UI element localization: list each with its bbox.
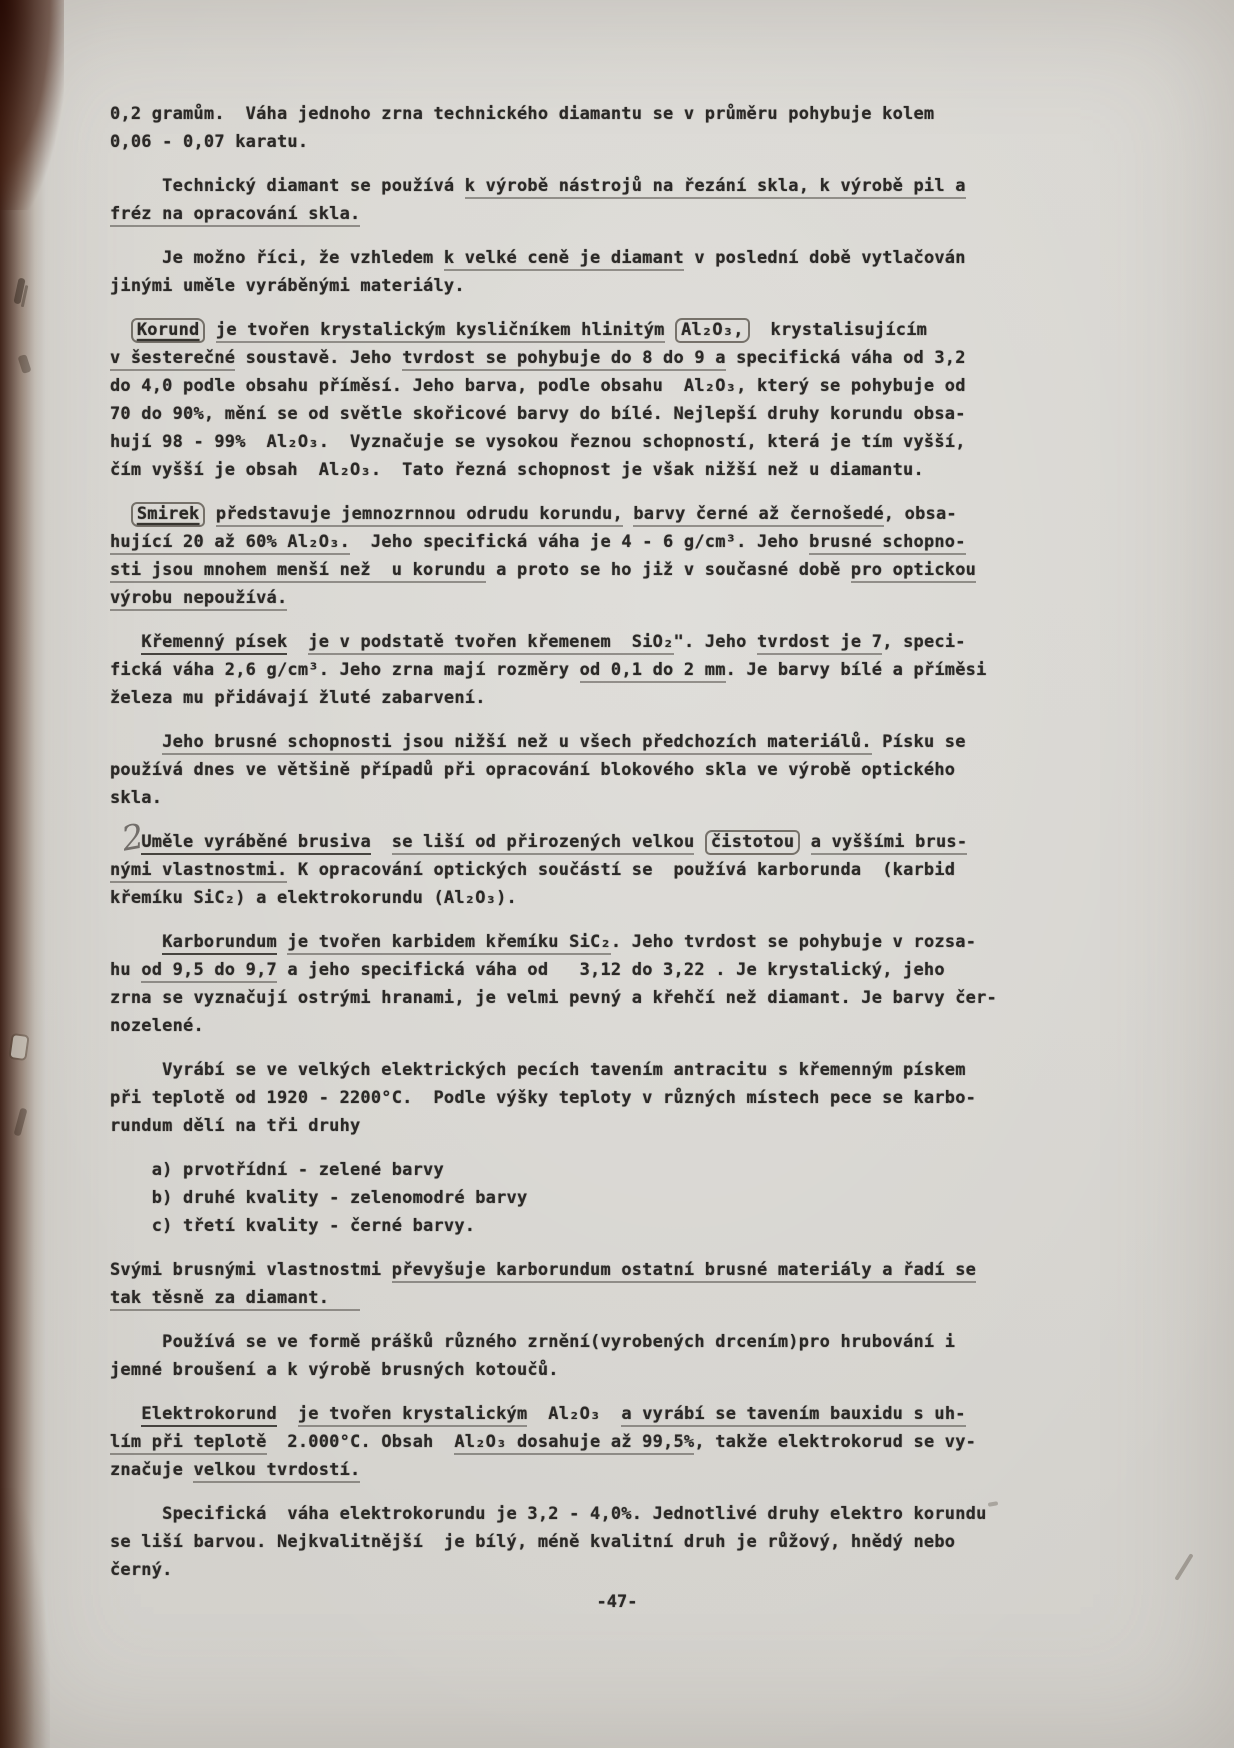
text-line: černý. xyxy=(110,1556,1010,1584)
document-page: 0,2 gramům. Váha jednoho zrna technickéh… xyxy=(0,0,1234,1748)
text-line: Elektrokorund je tvořen krystalickým Al₂… xyxy=(110,1400,1010,1428)
text-line: Křemenný písek je v podstatě tvořen křem… xyxy=(110,628,1010,656)
text-line: Uměle vyráběné brusiva se liší od přiroz… xyxy=(110,828,1010,856)
text-line: Karborundum je tvořen karbidem křemíku S… xyxy=(110,928,1010,956)
text-line: zrna se vyznačují ostrými hranami, je ve… xyxy=(110,984,1010,1012)
text-line: jinými uměle vyráběnými materiály. xyxy=(110,272,1010,300)
text-line: výrobu nepoužívá. xyxy=(110,584,1010,612)
text-line: hují 98 - 99% Al₂O₃. Vyznačuje se vysoko… xyxy=(110,428,1010,456)
text-line: lím při teplotě 2.000°C. Obsah Al₂O₃ dos… xyxy=(110,1428,1010,1456)
text-line: Vyrábí se ve velkých elektrických pecích… xyxy=(110,1056,1010,1084)
text-line: nými vlastnostmi. K opracování optických… xyxy=(110,856,1010,884)
text-line: a) prvotřídní - zelené barvy xyxy=(110,1156,1010,1184)
text-line: Svými brusnými vlastnostmi převyšuje kar… xyxy=(110,1256,1010,1284)
text-line: jemné broušení a k výrobě brusných kotou… xyxy=(110,1356,1010,1384)
text-line: značuje velkou tvrdostí. xyxy=(110,1456,1010,1484)
scan-corner-shadow-top xyxy=(0,0,64,210)
text-line: b) druhé kvality - zelenomodré barvy xyxy=(110,1184,1010,1212)
text-line: Smirek představuje jemnozrnnou odrudu ko… xyxy=(110,500,1010,528)
text-line: Korund je tvořen krystalickým kysličníke… xyxy=(110,316,1010,344)
text-line: v šesterečné soustavě. Jeho tvrdost se p… xyxy=(110,344,1010,372)
text-line: při teplotě od 1920 - 2200°C. Podle výšk… xyxy=(110,1084,1010,1112)
text-line: Je možno říci, že vzhledem k velké ceně … xyxy=(110,244,1010,272)
text-line: používá dnes ve většině případů při opra… xyxy=(110,756,1010,784)
text-line: 0,06 - 0,07 karatu. xyxy=(110,128,1010,156)
text-line: 70 do 90%, mění se od světle skořicové b… xyxy=(110,400,1010,428)
text-line: Jeho brusné schopnosti jsou nižší než u … xyxy=(110,728,1010,756)
page-number: -47- xyxy=(0,1592,1234,1612)
text-line: Používá se ve formě prášků různého zrněn… xyxy=(110,1328,1010,1356)
text-line: hující 20 až 60% Al₂O₃. Jeho specifická … xyxy=(110,528,1010,556)
text-line: se liší barvou. Nejkvalitnější je bílý, … xyxy=(110,1528,1010,1556)
text-line: tak těsně za diamant. xyxy=(110,1284,1010,1312)
text-line: fická váha 2,6 g/cm³. Jeho zrna mají roz… xyxy=(110,656,1010,684)
text-line: křemíku SiC₂) a elektrokorundu (Al₂O₃). xyxy=(110,884,1010,912)
text-block: 0,2 gramům. Váha jednoho zrna technickéh… xyxy=(110,100,1010,1584)
text-line: do 4,0 podle obsahu příměsí. Jeho barva,… xyxy=(110,372,1010,400)
text-line: fréz na opracování skla. xyxy=(110,200,1010,228)
text-line: sti jsou mnohem menší než u korundu a pr… xyxy=(110,556,1010,584)
scan-spine-shadow xyxy=(0,0,46,1748)
text-line: hu od 9,5 do 9,7 a jeho specifická váha … xyxy=(110,956,1010,984)
text-line: skla. xyxy=(110,784,1010,812)
text-line: železa mu přidávají žluté zabarvení. xyxy=(110,684,1010,712)
text-line: čím vyšší je obsah Al₂O₃. Tato řezná sch… xyxy=(110,456,1010,484)
text-line: 0,2 gramům. Váha jednoho zrna technickéh… xyxy=(110,100,1010,128)
text-line: c) třetí kvality - černé barvy. xyxy=(110,1212,1010,1240)
pencil-smudge xyxy=(1174,1553,1193,1581)
text-line: Technický diamant se používá k výrobě ná… xyxy=(110,172,1010,200)
text-line: rundum dělí na tři druhy xyxy=(110,1112,1010,1140)
text-line: nozelené. xyxy=(110,1012,1010,1040)
text-line: Specifická váha elektrokorundu je 3,2 - … xyxy=(110,1500,1010,1528)
scan-corner-shadow-bottom xyxy=(0,1488,50,1748)
